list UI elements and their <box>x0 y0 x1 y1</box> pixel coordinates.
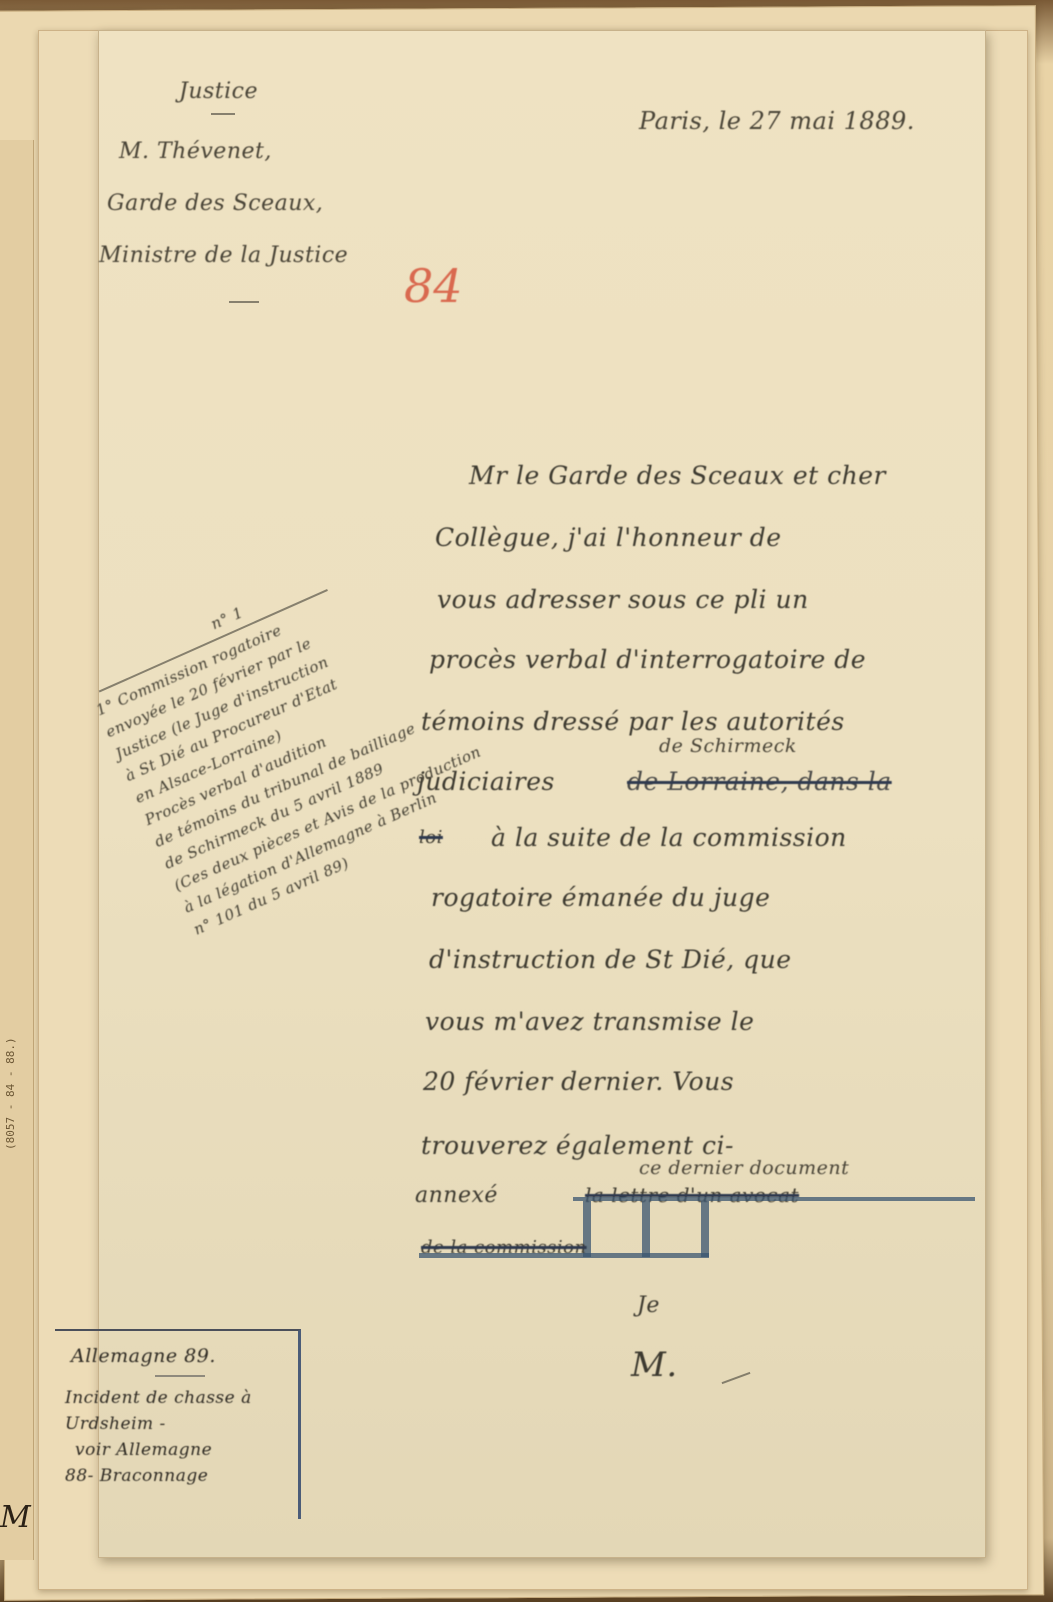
index-divider <box>155 1375 205 1377</box>
blue-pencil-strike-2 <box>419 1253 709 1258</box>
body-line-12: trouverez également ci- <box>421 1131 734 1160</box>
header-divider-2 <box>229 301 259 303</box>
body-line-7: à la suite de la commission <box>491 823 847 852</box>
insertion-schirmeck: de Schirmeck <box>659 735 797 757</box>
body-line-10: vous m'avez transmise le <box>425 1007 754 1036</box>
header-title-seals: Garde des Sceaux, <box>107 191 323 216</box>
blue-pencil-strike-1 <box>573 1197 975 1201</box>
body-line-9: d'instruction de St Dié, que <box>429 945 792 974</box>
signature: M. <box>631 1345 678 1385</box>
index-line: Urdsheim - <box>65 1411 288 1437</box>
index-line: 88- Braconnage <box>65 1463 288 1489</box>
body-line-1: Mr le Garde des Sceaux et cher <box>469 461 886 490</box>
header-department: Justice <box>179 79 258 104</box>
catalog-stamp: (8057 - 84 - 88.) <box>4 1037 17 1150</box>
blue-pencil-bar-3 <box>701 1201 709 1257</box>
signature-flourish <box>722 1372 751 1384</box>
red-pencil-number: 84 <box>404 259 463 313</box>
struck-text-line-13: la lettre d'un avocat <box>585 1183 799 1207</box>
side-fragment-text: M <box>0 1500 31 1535</box>
place-date: Paris, le 27 mai 1889. <box>639 107 915 135</box>
index-title: Allemagne 89. <box>71 1343 288 1369</box>
blue-pencil-bar-2 <box>642 1201 650 1257</box>
body-line-4: procès verbal d'interrogatoire de <box>429 645 866 674</box>
header-title-minister: Ministre de la Justice <box>99 243 348 268</box>
body-line-3: vous adresser sous ce pli un <box>437 585 809 614</box>
photo-background: (8057 - 84 - 88.) M Justice M. Thévenet,… <box>0 0 1053 1602</box>
insertion-document: ce dernier document <box>639 1157 849 1179</box>
index-line: voir Allemagne <box>75 1437 288 1463</box>
body-line-13: annexé <box>415 1183 498 1208</box>
closing-formula: Je <box>637 1293 660 1318</box>
letter-sheet: Justice M. Thévenet, Garde des Sceaux, M… <box>98 30 986 1558</box>
body-line-5: témoins dressé par les autorités <box>421 707 845 736</box>
header-minister-name: M. Thévenet, <box>119 139 272 164</box>
index-box: Allemagne 89. Incident de chasse à Urdsh… <box>55 1329 301 1519</box>
header-divider <box>211 113 235 115</box>
struck-text-line-6: de Lorraine, dans la <box>627 767 892 796</box>
body-line-8: rogatoire émanée du juge <box>431 883 770 912</box>
body-line-11: 20 février dernier. Vous <box>423 1067 734 1096</box>
body-line-2: Collègue, j'ai l'honneur de <box>435 523 782 552</box>
archive-folder-strip <box>0 140 34 1560</box>
index-line: Incident de chasse à <box>65 1385 288 1411</box>
